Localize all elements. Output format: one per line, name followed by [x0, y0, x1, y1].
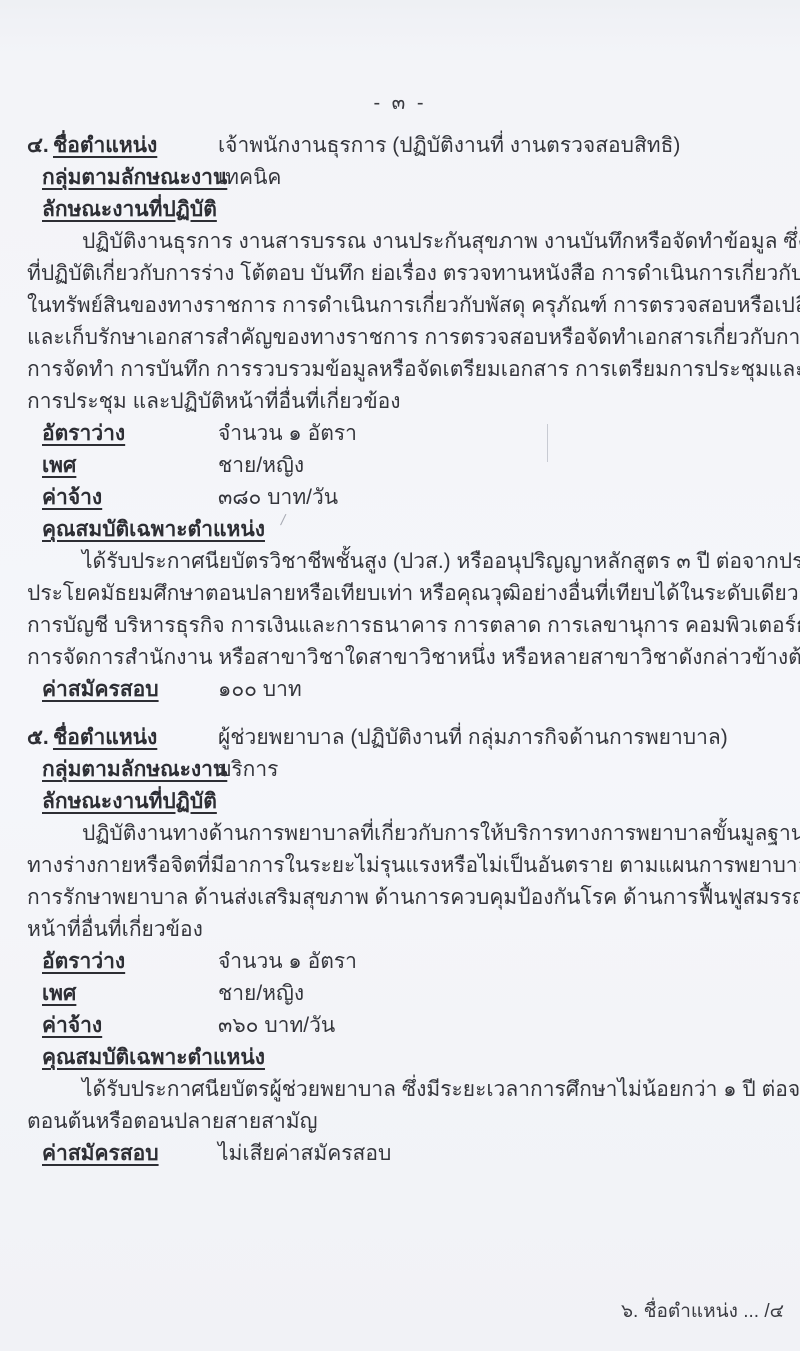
qualification-line: ประโยคมัธยมศึกษาตอนปลายหรือเทียบเท่า หรื… — [27, 578, 787, 610]
vacancy-row: อัตราว่าง จำนวน ๑ อัตรา — [42, 946, 787, 978]
work-group-row: กลุ่มตามลักษณะงาน เทคนิค — [42, 162, 787, 194]
qualification-line: ได้รับประกาศนียบัตรวิชาชีพชั้นสูง (ปวส.)… — [27, 546, 787, 578]
vacancy-label: อัตราว่าง — [42, 422, 125, 445]
duties-line: ในทรัพย์สินของทางราชการ การดำเนินการเกี่… — [27, 290, 787, 322]
vacancy-value: จำนวน ๑ อัตรา — [218, 946, 357, 978]
scan-artifact-line — [547, 424, 548, 462]
sex-value: ชาย/หญิง — [218, 450, 304, 482]
duties-line: และเก็บรักษาเอกสารสำคัญของทางราชการ การต… — [27, 322, 787, 354]
duties-line: การประชุม และปฏิบัติหน้าที่อื่นที่เกี่ยว… — [27, 386, 787, 418]
sex-label: เพศ — [42, 982, 76, 1005]
section-number: ๔. — [27, 130, 53, 162]
qualification-line: การจัดการสำนักงาน หรือสาขาวิชาใดสาขาวิชา… — [27, 642, 787, 674]
position-title-row: ๕.ชื่อตำแหน่ง ผู้ช่วยพยาบาล (ปฏิบัติงานท… — [27, 722, 787, 754]
qualifications-heading-row: คุณสมบัติเฉพาะตำแหน่ง — [42, 1042, 787, 1074]
work-group-value: เทคนิค — [218, 162, 281, 194]
qualification-line: ตอนต้นหรือตอนปลายสายสามัญ — [27, 1106, 787, 1138]
duties-line: การจัดทำ การบันทึก การรวบรวมข้อมูลหรือจั… — [27, 354, 787, 386]
page-number: - ๓ - — [0, 86, 800, 118]
sex-row: เพศ ชาย/หญิง — [42, 978, 787, 1010]
wage-value: ๓๘๐ บาท/วัน — [218, 482, 338, 514]
job-section-4: ๔.ชื่อตำแหน่ง เจ้าพนักงานธุรการ (ปฏิบัติ… — [27, 130, 787, 706]
job-section-5: ๕.ชื่อตำแหน่ง ผู้ช่วยพยาบาล (ปฏิบัติงานท… — [27, 722, 787, 1170]
duties-line: ปฏิบัติงานทางด้านการพยาบาลที่เกี่ยวกับกา… — [27, 818, 787, 850]
exam-fee-value: ไม่เสียค่าสมัครสอบ — [218, 1138, 391, 1170]
duties-heading-row: ลักษณะงานที่ปฏิบัติ — [42, 786, 787, 818]
wage-row: ค่าจ้าง ๓๘๐ บาท/วัน — [42, 482, 787, 514]
duties-heading-row: ลักษณะงานที่ปฏิบัติ — [42, 194, 787, 226]
duties-line: หน้าที่อื่นที่เกี่ยวข้อง — [27, 914, 787, 946]
work-group-row: กลุ่มตามลักษณะงาน บริการ — [42, 754, 787, 786]
duties-line: ที่ปฏิบัติเกี่ยวกับการร่าง โต้ตอบ บันทึก… — [27, 258, 787, 290]
document-body: ๔.ชื่อตำแหน่ง เจ้าพนักงานธุรการ (ปฏิบัติ… — [27, 130, 787, 1170]
sex-label: เพศ — [42, 454, 76, 477]
position-title-value: เจ้าพนักงานธุรการ (ปฏิบัติงานที่ งานตรวจ… — [218, 130, 680, 162]
exam-fee-label: ค่าสมัครสอบ — [42, 678, 159, 701]
position-title-label: ชื่อตำแหน่ง — [53, 726, 157, 749]
work-group-label: กลุ่มตามลักษณะงาน — [42, 758, 227, 781]
qualifications-heading-row: คุณสมบัติเฉพาะตำแหน่ง — [42, 514, 787, 546]
qualifications-heading: คุณสมบัติเฉพาะตำแหน่ง — [42, 518, 265, 541]
vacancy-row: อัตราว่าง จำนวน ๑ อัตรา — [42, 418, 787, 450]
duties-line: ทางร่างกายหรือจิตที่มีอาการในระยะไม่รุนแ… — [27, 850, 787, 882]
exam-fee-row: ค่าสมัครสอบ ๑๐๐ บาท — [42, 674, 787, 706]
qualification-line: ได้รับประกาศนียบัตรผู้ช่วยพยาบาล ซึ่งมีร… — [27, 1074, 787, 1106]
vacancy-label: อัตราว่าง — [42, 950, 125, 973]
exam-fee-value: ๑๐๐ บาท — [218, 674, 302, 706]
vacancy-value: จำนวน ๑ อัตรา — [218, 418, 357, 450]
position-title-value: ผู้ช่วยพยาบาล (ปฏิบัติงานที่ กลุ่มภารกิจ… — [218, 722, 728, 754]
wage-value: ๓๖๐ บาท/วัน — [218, 1010, 335, 1042]
position-title-label: ชื่อตำแหน่ง — [53, 134, 157, 157]
duties-line: การรักษาพยาบาล ด้านส่งเสริมสุขภาพ ด้านกา… — [27, 882, 787, 914]
section-number: ๕. — [27, 722, 53, 754]
exam-fee-label: ค่าสมัครสอบ — [42, 1142, 159, 1165]
exam-fee-row: ค่าสมัครสอบ ไม่เสียค่าสมัครสอบ — [42, 1138, 787, 1170]
duties-heading: ลักษณะงานที่ปฏิบัติ — [42, 198, 217, 221]
sex-value: ชาย/หญิง — [218, 978, 304, 1010]
position-title-row: ๔.ชื่อตำแหน่ง เจ้าพนักงานธุรการ (ปฏิบัติ… — [27, 130, 787, 162]
wage-label: ค่าจ้าง — [42, 486, 102, 509]
qualification-line: การบัญชี บริหารธุรกิจ การเงินและการธนาคา… — [27, 610, 787, 642]
work-group-value: บริการ — [218, 754, 278, 786]
qualifications-heading: คุณสมบัติเฉพาะตำแหน่ง — [42, 1046, 265, 1069]
duties-line: ปฏิบัติงานธุรการ งานสารบรรณ งานประกันสุข… — [27, 226, 787, 258]
duties-heading: ลักษณะงานที่ปฏิบัติ — [42, 790, 217, 813]
scanned-document-page: - ๓ - ๔.ชื่อตำแหน่ง เจ้าพนักงานธุรการ (ป… — [0, 0, 800, 1351]
continuation-note: ๖. ชื่อตำแหน่ง ... /๔ — [621, 1296, 784, 1326]
wage-row: ค่าจ้าง ๓๖๐ บาท/วัน — [42, 1010, 787, 1042]
work-group-label: กลุ่มตามลักษณะงาน — [42, 166, 227, 189]
sex-row: เพศ ชาย/หญิง — [42, 450, 787, 482]
wage-label: ค่าจ้าง — [42, 1014, 102, 1037]
